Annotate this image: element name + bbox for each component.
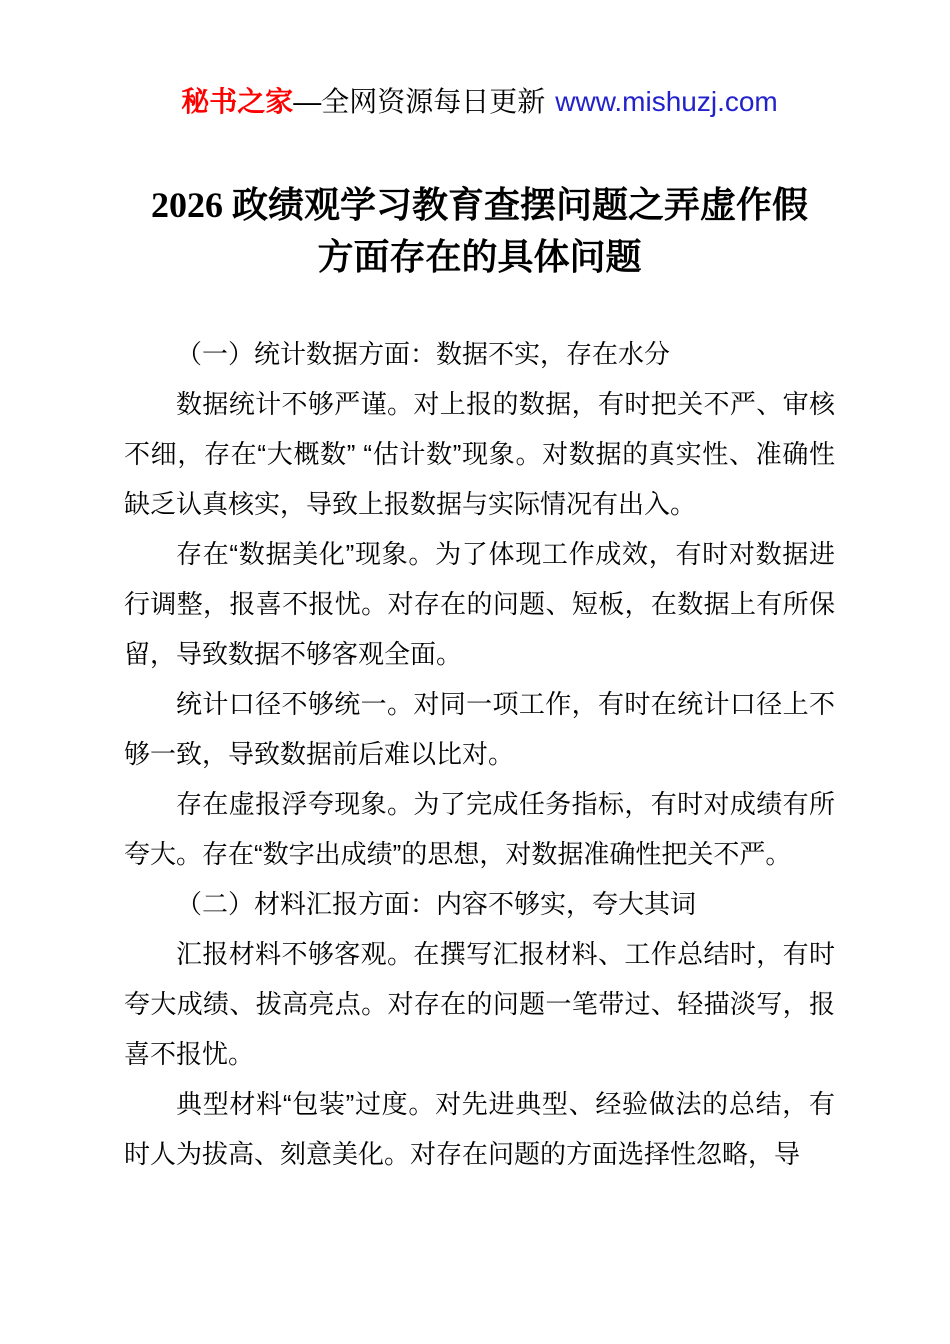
site-header: 秘书之家—全网资源每日更新www.mishuzj.com [124, 84, 835, 120]
body-paragraph: 存在虚报浮夸现象。为了完成任务指标，有时对成绩有所夸大。存在“数字出成绩”的思想… [124, 779, 835, 879]
site-url-link[interactable]: www.mishuzj.com [555, 86, 777, 117]
document-title-line-2: 方面存在的具体问题 [124, 231, 835, 283]
document-body: （一）统计数据方面：数据不实，存在水分 数据统计不够严谨。对上报的数据，有时把关… [124, 329, 835, 1179]
document-title: 2026 政绩观学习教育查摆问题之弄虚作假 方面存在的具体问题 [124, 179, 835, 283]
section-heading-2: （二）材料汇报方面：内容不够实，夸大其词 [124, 879, 835, 929]
section-heading-1: （一）统计数据方面：数据不实，存在水分 [124, 329, 835, 379]
body-paragraph: 汇报材料不够客观。在撰写汇报材料、工作总结时，有时夸大成绩、拔高亮点。对存在的问… [124, 929, 835, 1079]
document-page: 秘书之家—全网资源每日更新www.mishuzj.com 2026 政绩观学习教… [0, 0, 950, 1344]
site-brand: 秘书之家 [181, 86, 293, 117]
site-tagline: —全网资源每日更新 [293, 86, 545, 117]
body-paragraph: 典型材料“包装”过度。对先进典型、经验做法的总结，有时人为拔高、刻意美化。对存在… [124, 1079, 835, 1179]
document-title-line-1: 2026 政绩观学习教育查摆问题之弄虚作假 [124, 179, 835, 231]
body-paragraph: 存在“数据美化”现象。为了体现工作成效，有时对数据进行调整，报喜不报忧。对存在的… [124, 529, 835, 679]
body-paragraph: 数据统计不够严谨。对上报的数据，有时把关不严、审核不细，存在“大概数” “估计数… [124, 379, 835, 529]
body-paragraph: 统计口径不够统一。对同一项工作，有时在统计口径上不够一致，导致数据前后难以比对。 [124, 679, 835, 779]
